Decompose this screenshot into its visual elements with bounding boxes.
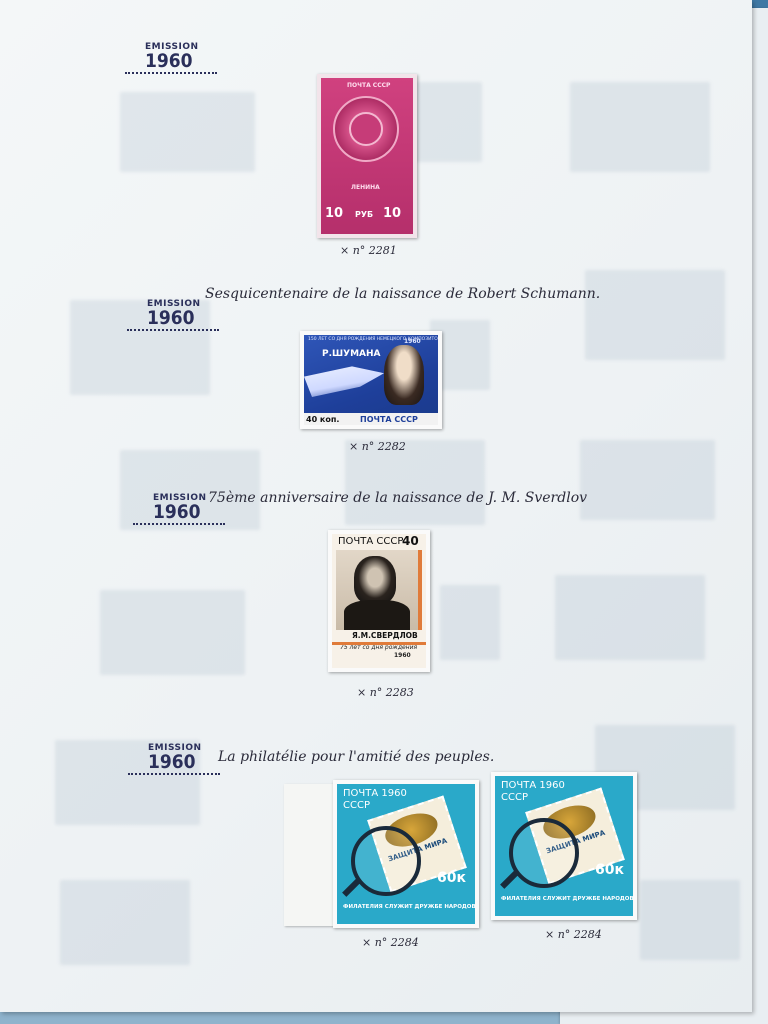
stamp-top-text: ПОЧТА 1960	[501, 780, 565, 791]
stamp-year: 1960	[394, 652, 411, 659]
stamp-value: 40	[402, 534, 419, 548]
stamp-country: СССР	[501, 792, 528, 803]
music-staff	[304, 363, 384, 397]
stamp-value: 60к	[437, 870, 466, 886]
stamp-year: 1960	[404, 338, 421, 345]
stamp-currency: РУБ	[355, 210, 373, 219]
stamp-value: 60к	[595, 862, 624, 878]
stamp-country: ПОЧТА СССР	[360, 415, 418, 424]
ghost-stamp	[120, 92, 255, 172]
dotted-line	[125, 72, 217, 74]
magnifier-handle	[342, 877, 362, 897]
magnifier-icon	[351, 826, 421, 896]
ghost-stamp	[60, 880, 190, 965]
emission-year: 1960	[148, 753, 220, 771]
sheet-margin	[284, 784, 334, 926]
stamp-philately-2: ПОЧТА 1960 СССР ЗАЩИТА МИРА 60к ФИЛАТЕЛИ…	[491, 772, 637, 920]
issue-caption: 75ème anniversaire de la naissance de J.…	[208, 490, 587, 506]
ghost-stamp	[580, 440, 715, 520]
dotted-line	[133, 523, 225, 525]
stamp-top-text: ПОЧТА СССР	[338, 536, 403, 547]
catalog-number: × n° 2282	[349, 440, 406, 453]
ghost-stamp	[440, 585, 500, 660]
catalog-number: × n° 2284	[362, 936, 419, 949]
emission-label-2: EMISSION 1960	[147, 299, 219, 331]
stamp-bottom-text: ФИЛАТЕЛИЯ СЛУЖИТ ДРУЖБЕ НАРОДОВ	[501, 896, 633, 902]
ghost-stamp	[555, 575, 705, 660]
emission-year: 1960	[147, 309, 219, 327]
ghost-stamp	[585, 270, 725, 360]
schumann-portrait	[384, 345, 424, 405]
portrait-shoulders	[344, 600, 410, 630]
emission-year: 1960	[145, 52, 217, 70]
ghost-stamp	[100, 590, 245, 675]
stamp-value-left: 10	[325, 206, 343, 221]
sverdlov-portrait	[354, 556, 396, 604]
emission-label-1: EMISSION 1960	[145, 42, 217, 74]
catalog-number: × n° 2281	[340, 244, 397, 257]
stamp-philately-1: ПОЧТА 1960 СССР ЗАЩИТА МИРА 60к ФИЛАТЕЛИ…	[333, 780, 479, 928]
lenin-portrait	[349, 112, 383, 146]
dotted-line	[127, 329, 219, 331]
album-page: EMISSION 1960 ПОЧТА СССР ЛЕНИНА 10 РУБ 1…	[0, 0, 752, 1012]
stamp-country: СССР	[343, 800, 370, 811]
emission-label-4: EMISSION 1960	[148, 743, 220, 775]
stamp-bottom-text: ЛЕНИНА	[351, 184, 380, 191]
stamp-title: Р.ШУМАНА	[322, 349, 381, 359]
issue-caption: Sesquicentenaire de la naissance de Robe…	[205, 286, 600, 302]
stamp-value-right: 10	[383, 206, 401, 221]
stamp-order-of-lenin: ПОЧТА СССР ЛЕНИНА 10 РУБ 10	[317, 74, 417, 238]
stamp-schumann: 150 ЛЕТ СО ДНЯ РОЖДЕНИЯ НЕМЕЦКОГО КОМПОЗ…	[300, 331, 442, 429]
stamp-top-text: ПОЧТА 1960	[343, 788, 407, 799]
catalog-number: × n° 2283	[357, 686, 414, 699]
ghost-stamp	[570, 82, 710, 172]
issue-caption: La philatélie pour l'amitié des peuples.	[218, 749, 494, 765]
stamp-title: Я.М.СВЕРДЛОВ	[352, 631, 418, 640]
catalog-number: × n° 2284	[545, 928, 602, 941]
stamp-sverdlov: ПОЧТА СССР 40 Я.М.СВЕРДЛОВ 75 лет со дня…	[328, 530, 430, 672]
stamp-top-text: ПОЧТА СССР	[347, 82, 390, 89]
ghost-stamp	[640, 880, 740, 960]
orange-stripe	[332, 642, 426, 645]
magnifier-icon	[509, 818, 579, 888]
stamp-subtitle: 75 лет со дня рождения	[340, 644, 417, 651]
stamp-value: 40 коп.	[306, 415, 339, 424]
stamp-bottom-text: ФИЛАТЕЛИЯ СЛУЖИТ ДРУЖБЕ НАРОДОВ	[343, 904, 475, 910]
ghost-stamp	[410, 82, 482, 162]
dotted-line	[128, 773, 220, 775]
magnifier-handle	[500, 869, 520, 889]
sverdlov-portrait-frame	[336, 550, 422, 630]
